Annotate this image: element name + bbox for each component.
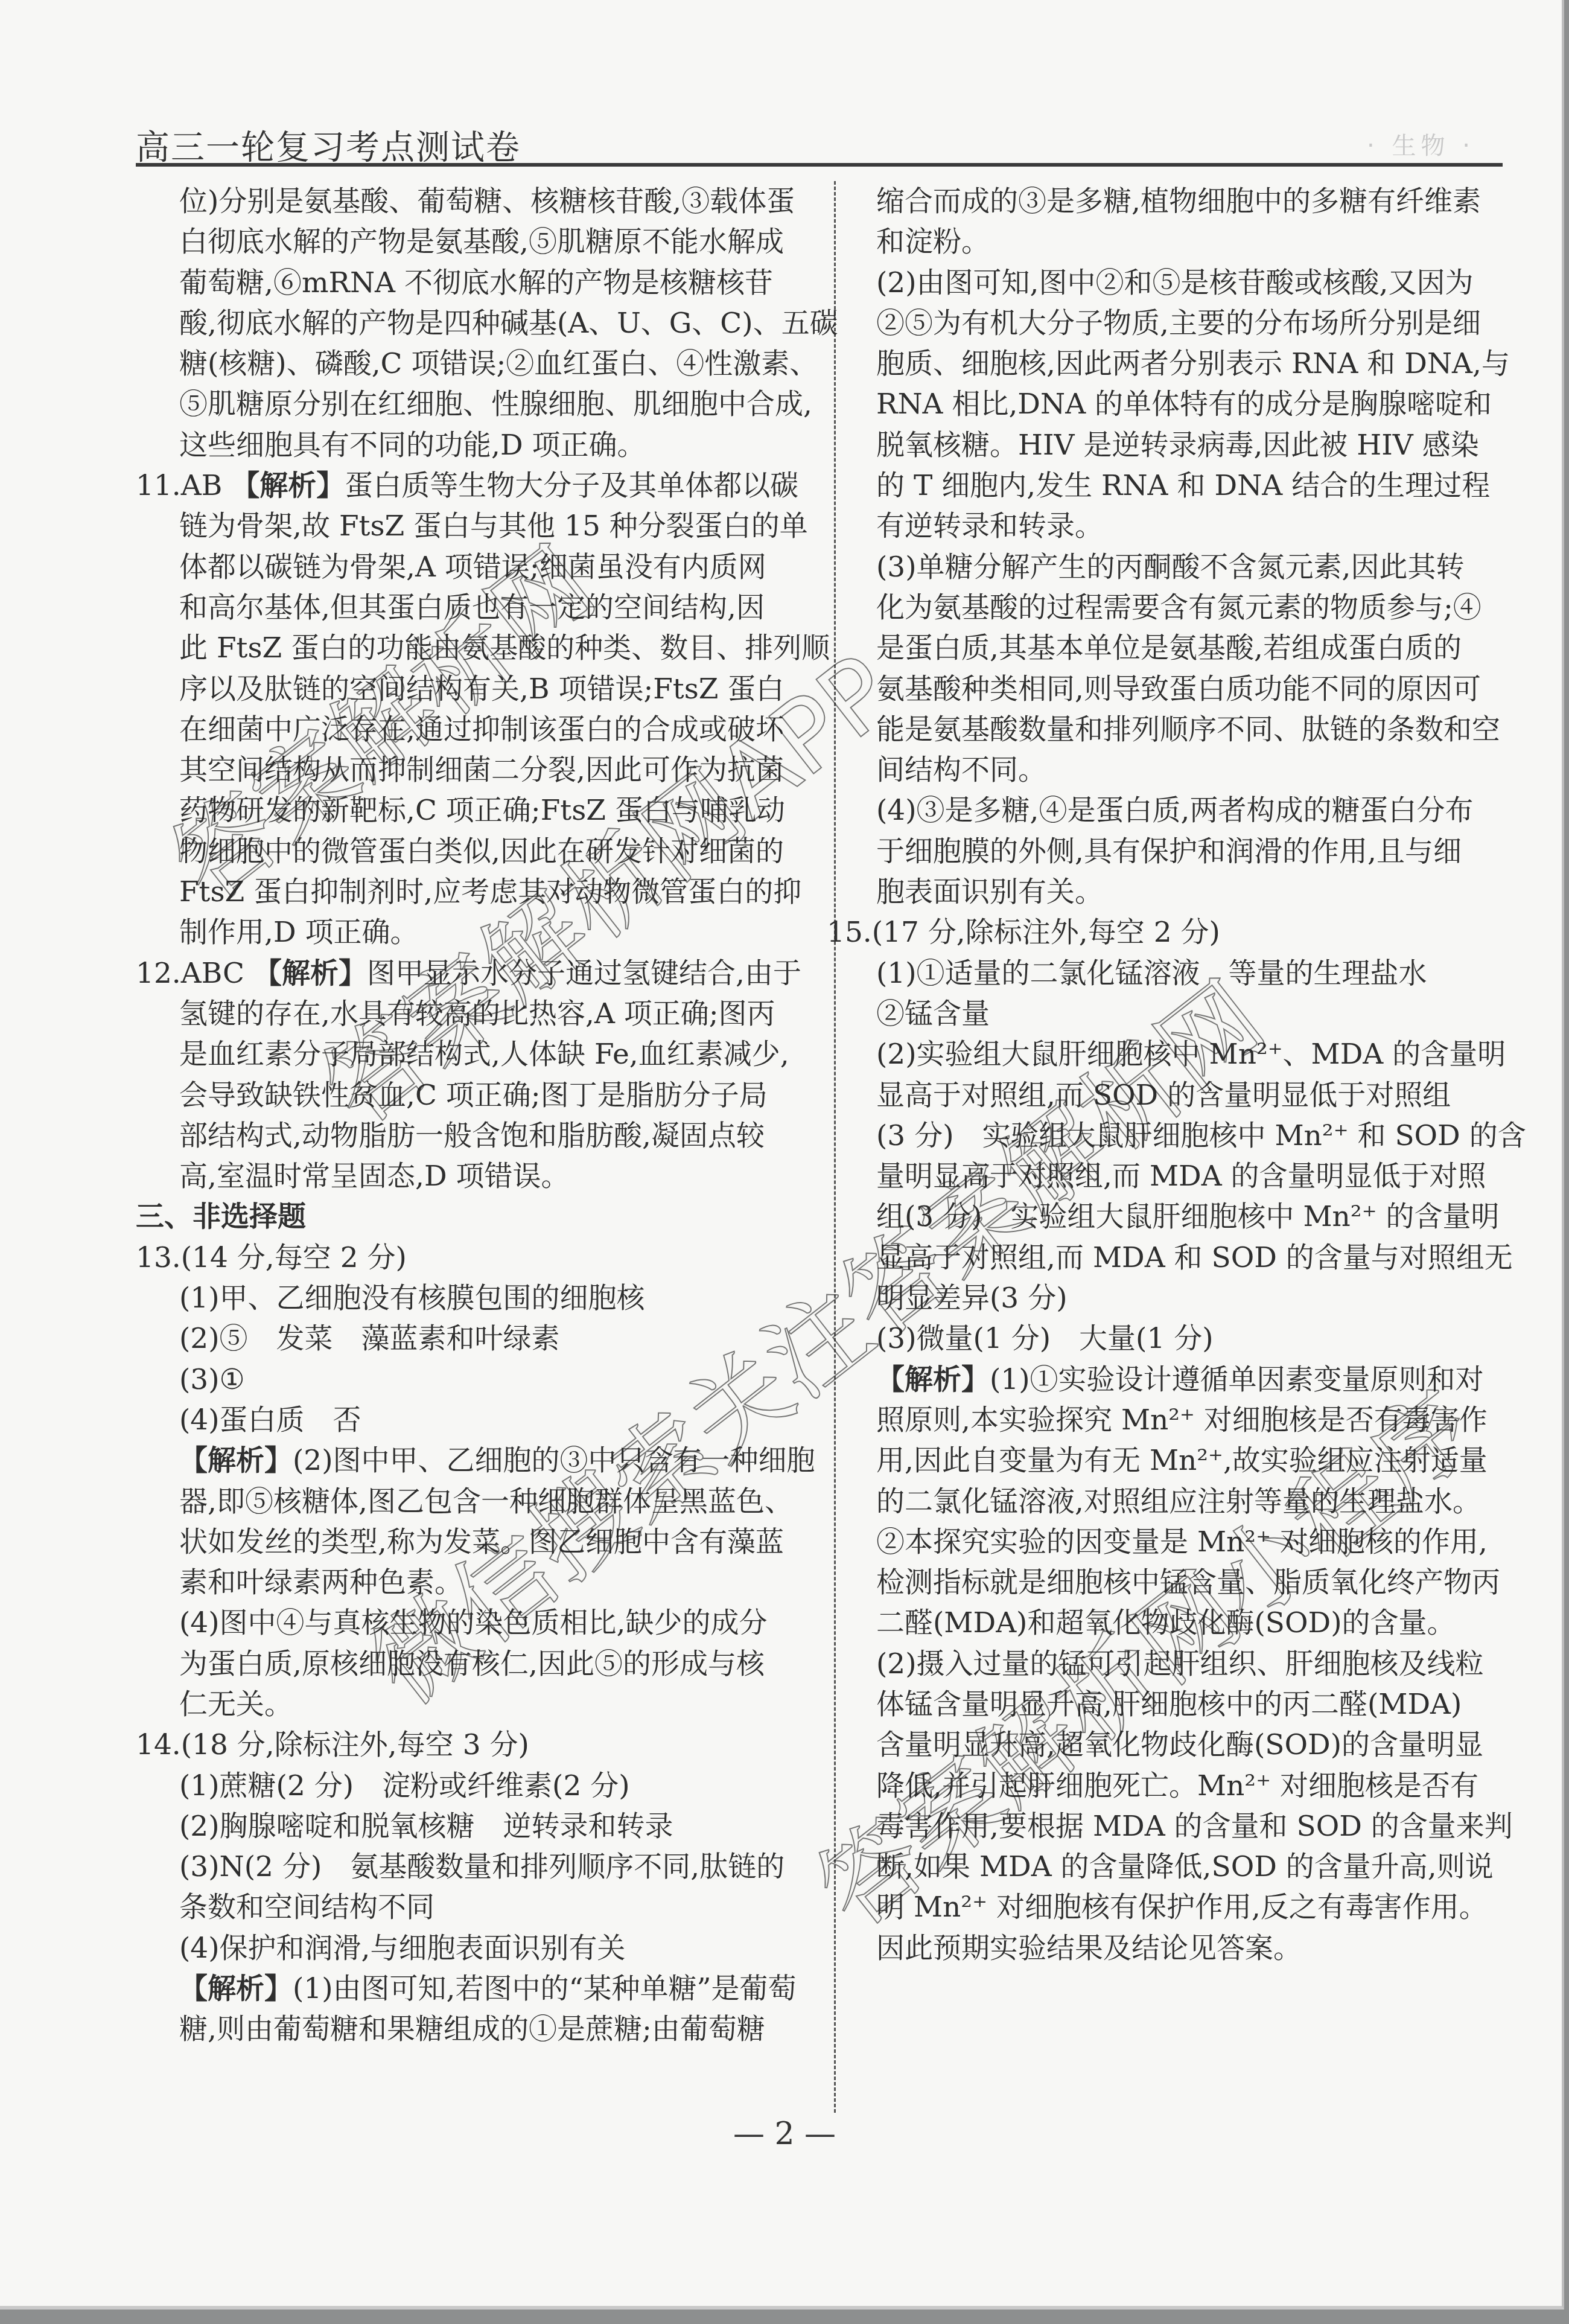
text-line: ②⑤为有机大分子物质,主要的分布场所分别是细 <box>827 303 1500 343</box>
page-header-title: 高三一轮复习考点测试卷 <box>136 121 521 169</box>
text-line: (3)单糖分解产生的丙酮酸不含氮元素,因此其转 <box>827 547 1500 587</box>
question-11-first-line: 11.AB 【解析】蛋白质等生物大分子及其单体都以碳 <box>136 465 821 506</box>
text-line: 仁无关。 <box>136 1684 821 1725</box>
text-line: 于细胞膜的外侧,具有保护和润滑的作用,且与细 <box>827 831 1500 872</box>
page-header-subject: · 生物 · <box>1367 127 1475 161</box>
answer-line: (3)N(2 分) 氨基酸数量和排列顺序不同,肽链的 <box>136 1847 821 1887</box>
text-line: 脱氧核糖。HIV 是逆转录病毒,因此被 HIV 感染 <box>827 425 1500 465</box>
text-line: 和淀粉。 <box>827 222 1500 262</box>
text-line: 化为氨基酸的过程需要含有氮元素的物质参与;④ <box>827 587 1500 628</box>
analysis-tag: 【解析】 <box>179 1972 293 2005</box>
analysis-tag: 【解析】 <box>179 1444 293 1477</box>
analysis-tag: 【解析】 <box>876 1363 990 1396</box>
text-line: ⑤肌糖原分别在红细胞、性腺细胞、肌细胞中合成, <box>136 384 821 424</box>
question-14-header: 14.(18 分,除标注外,每空 3 分) <box>136 1725 821 1765</box>
text-line: 间结构不同。 <box>827 750 1500 790</box>
analysis-first-line: 【解析】(1)由图可知,若图中的“某种单糖”是葡萄 <box>136 1968 821 2009</box>
analysis-tag: 【解析】 <box>231 469 345 502</box>
answer-key: AB <box>181 469 222 502</box>
left-column: 位)分别是氨基酸、葡萄糖、核糖核苷酸,③载体蛋 白彻底水解的产物是氨基酸,⑤肌糖… <box>136 181 821 2050</box>
question-number: 12. <box>136 957 181 990</box>
question-13-header: 13.(14 分,每空 2 分) <box>136 1237 821 1278</box>
answer-key: ABC <box>181 957 244 990</box>
text-line: 胞质、细胞核,因此两者分别表示 RNA 和 DNA,与 <box>827 343 1500 384</box>
answer-line: 条数和空间结构不同 <box>136 1887 821 1927</box>
section-title: 三、非选择题 <box>136 1196 821 1237</box>
text-line: 糖(核糖)、磷酸,C 项错误;②血红蛋白、④性激素、 <box>136 343 821 384</box>
text-line: 因此预期实验结果及结论见答案。 <box>827 1928 1500 1968</box>
text-line: 缩合而成的③是多糖,植物细胞中的多糖有纤维素 <box>827 181 1500 222</box>
text-line: 氨基酸种类相同,则导致蛋白质功能不同的原因可 <box>827 669 1500 709</box>
text-line: (4)③是多糖,④是蛋白质,两者构成的糖蛋白分布 <box>827 790 1500 831</box>
text-line: 胞表面识别有关。 <box>827 872 1500 912</box>
text-line: 位)分别是氨基酸、葡萄糖、核糖核苷酸,③载体蛋 <box>136 181 821 222</box>
text-line: 有逆转录和转录。 <box>827 506 1500 546</box>
text-line: 能是氨基酸数量和排列顺序不同、肽链的条数和空 <box>827 709 1500 750</box>
question-number: 11. <box>136 469 181 502</box>
analysis-tag: 【解析】 <box>253 957 367 990</box>
answer-line: (2)胸腺嘧啶和脱氧核糖 逆转录和转录 <box>136 1806 821 1847</box>
answer-line: (1)甲、乙细胞没有核膜包围的细胞核 <box>136 1278 821 1318</box>
text-line: 高,室温时常呈固态,D 项错误。 <box>136 1156 821 1196</box>
text-line: 会导致缺铁性贫血,C 项正确;图丁是脂肪分子局 <box>136 1075 821 1116</box>
text-line: (2)由图可知,图中②和⑤是核苷酸或核酸,又因为 <box>827 263 1500 303</box>
text-line: 这些细胞具有不同的功能,D 项正确。 <box>136 425 821 465</box>
answer-line: (4)保护和润滑,与细胞表面识别有关 <box>136 1928 821 1968</box>
text-line: 是蛋白质,其基本单位是氨基酸,若组成蛋白质的 <box>827 628 1500 668</box>
document-page: 高三一轮复习考点测试卷 · 生物 · 位)分别是氨基酸、葡萄糖、核糖核苷酸,③载… <box>0 0 1564 2310</box>
text-line: 糖,则由葡萄糖和果糖组成的①是蔗糖;由葡萄糖 <box>136 2009 821 2049</box>
page-number: — 2 — <box>0 2116 1569 2152</box>
text-line: 的 T 细胞内,发生 RNA 和 DNA 结合的生理过程 <box>827 465 1500 506</box>
text-line: 酸,彻底水解的产物是四种碱基(A、U、G、C)、五碳 <box>136 303 821 343</box>
text-line: 蛋白质等生物大分子及其单体都以碳 <box>345 469 798 502</box>
answer-line: (1)蔗糖(2 分) 淀粉或纤维素(2 分) <box>136 1766 821 1806</box>
text-line: RNA 相比,DNA 的单体特有的成分是胸腺嘧啶和 <box>827 384 1500 424</box>
question-15-header: 15.(17 分,除标注外,每空 2 分) <box>827 912 1500 953</box>
text-line: 部结构式,动物脂肪一般含饱和脂肪酸,凝固点较 <box>136 1116 821 1156</box>
text-line: 白彻底水解的产物是氨基酸,⑤肌糖原不能水解成 <box>136 222 821 262</box>
header-rule <box>136 163 1503 167</box>
text-line: (1)由图可知,若图中的“某种单糖”是葡萄 <box>293 1972 797 2005</box>
text-line: 葡萄糖,⑥mRNA 不彻底水解的产物是核糖核苷 <box>136 263 821 303</box>
text-line: 链为骨架,故 FtsZ 蛋白与其他 15 种分裂蛋白的单 <box>136 506 821 546</box>
